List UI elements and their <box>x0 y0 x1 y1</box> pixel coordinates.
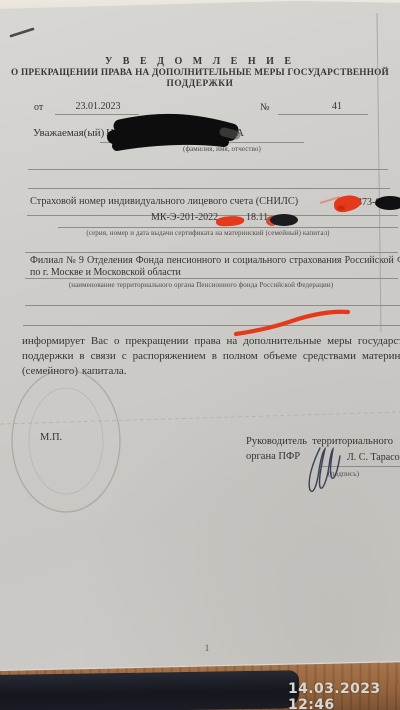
redaction-marker-snils-red <box>320 196 361 213</box>
signature-scribble <box>309 448 340 491</box>
stamp-outline <box>12 370 120 512</box>
redaction-marker-certificate-red <box>216 216 244 226</box>
pen-dash-mark <box>11 29 33 36</box>
redaction-marker-certificate-black <box>266 214 298 226</box>
document-page: У В Е Д О М Л Е Н И Е О ПРЕКРАЩЕНИИ ПРАВ… <box>0 0 400 710</box>
camera-timestamp: 14.03.2023 12:46 <box>288 681 400 710</box>
ink-annotations-layer <box>0 0 400 710</box>
red-marker-stroke <box>236 312 348 334</box>
redaction-marker-name <box>114 120 236 146</box>
horizontal-fold-line <box>0 412 400 424</box>
dark-object-edge <box>0 670 300 710</box>
vertical-fold-line <box>377 13 381 332</box>
photo-of-document: У В Е Д О М Л Е Н И Е О ПРЕКРАЩЕНИИ ПРАВ… <box>0 0 400 710</box>
redaction-marker-snils-black <box>375 196 400 210</box>
